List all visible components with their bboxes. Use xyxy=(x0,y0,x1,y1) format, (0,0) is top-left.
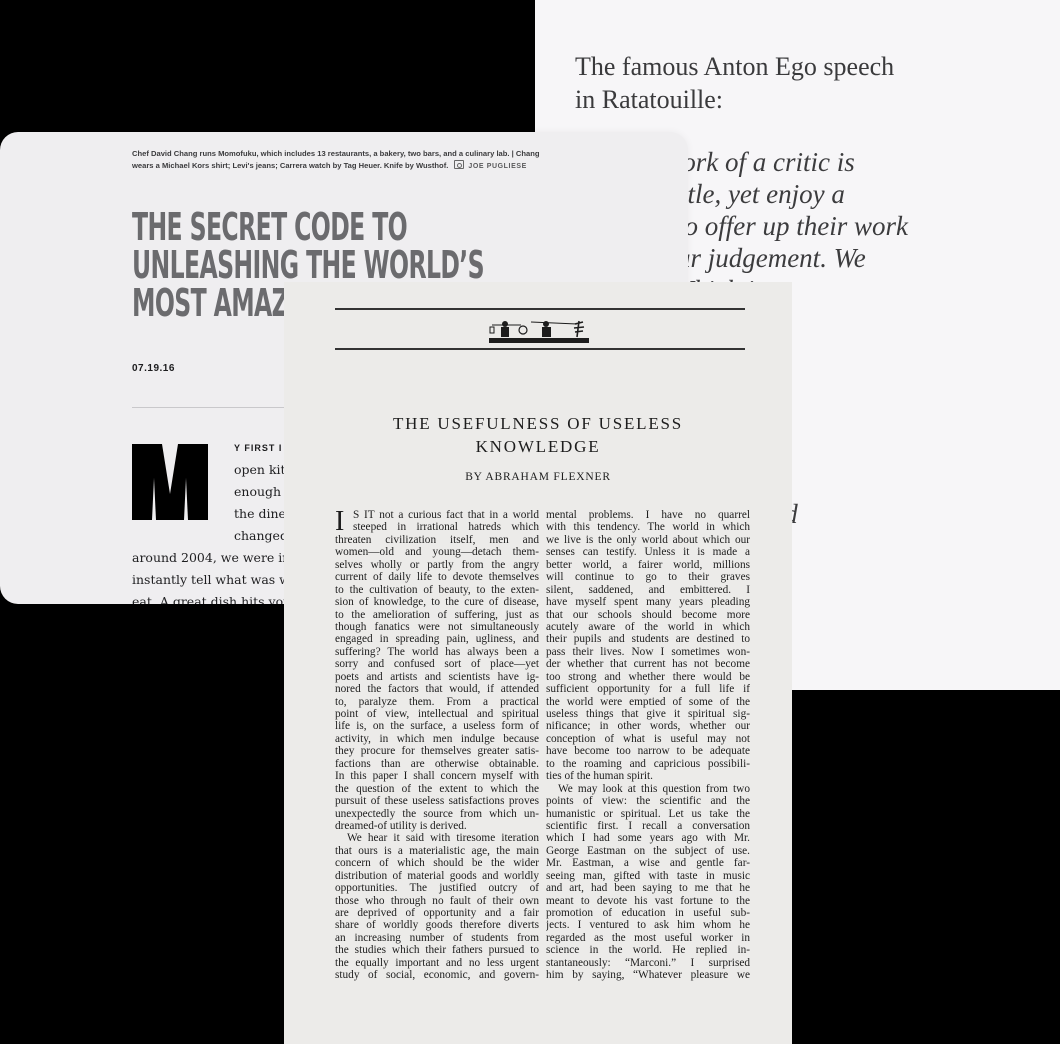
text-line: jects. I ventured to ask him whom he xyxy=(546,919,750,931)
text-line: promotion of education in useful sub- xyxy=(546,907,750,919)
text-line: which I had some years ago with Mr. xyxy=(546,832,750,844)
text-line: pursuit of these useless satisfactions p… xyxy=(335,795,539,807)
text-line: an increasing number of students from xyxy=(335,932,539,944)
text-line: to the roaming and capricious possibili- xyxy=(546,758,750,770)
text-line: science in the world. He replied in- xyxy=(546,944,750,956)
article-date: 07.19.16 xyxy=(132,363,175,374)
article-body-indented: open kit enough r the dine changed xyxy=(234,459,291,547)
text-line: George Eastman on the subject of use. xyxy=(546,845,750,857)
text-line: selves wholly or partly from the angry xyxy=(335,559,539,571)
text-line: the studies which their fathers pursued … xyxy=(335,944,539,956)
text-line: sufficient opportunity for a full life i… xyxy=(546,683,750,695)
text-line: will continue to go to their graves xyxy=(546,571,750,583)
text-line: regarded as the most useful worker in xyxy=(546,932,750,944)
text-line: unexpectedly the source from which un- xyxy=(335,808,539,820)
drop-cap-m xyxy=(132,444,208,520)
camera-icon xyxy=(454,160,464,169)
text-line: with this tendency. The world in which xyxy=(546,521,750,533)
body-line: eat. A great dish hits you xyxy=(132,591,297,604)
text-line: dreamed-of utility is derived. xyxy=(335,820,539,832)
headline-line: THE SECRET CODE TO xyxy=(132,208,392,246)
body-line: instantly tell what was we xyxy=(132,569,297,591)
text-line: we live is the only world about which ou… xyxy=(546,534,750,546)
text-line: stantaneously: “Marconi.” I surprised xyxy=(546,957,750,969)
text-line: him by saying, “Whatever pleasure we xyxy=(546,969,750,981)
text-line: acutely aware of the world in which xyxy=(546,621,750,633)
text-line: activity, in which men indulge because xyxy=(335,733,539,745)
text-line: nored the factors that would, if attende… xyxy=(335,683,539,695)
body-line: the dine xyxy=(234,503,291,525)
text-line: We may look at this question from two xyxy=(546,783,750,795)
text-line: to the amelioration of suffering, just a… xyxy=(335,609,539,621)
lede-small-caps: Y FIRST I xyxy=(234,443,282,453)
text-line: better world, a fairer world, millions xyxy=(546,559,750,571)
body-line: enough r xyxy=(234,481,291,503)
text-line: study of social, economic, and govern- xyxy=(335,969,539,981)
text-line: and art, had been saying to me that he xyxy=(546,882,750,894)
text-line: steeped in irrational hatreds which xyxy=(335,521,539,533)
text-line: concern of which should be the wider xyxy=(335,857,539,869)
text-line: meant to devote his vast fortune to the xyxy=(546,895,750,907)
text-line: current of daily life to devote themselv… xyxy=(335,571,539,583)
text-line: In this paper I shall concern myself wit… xyxy=(335,770,539,782)
body-line: changed xyxy=(234,525,291,547)
text-line: the equally important and no less urgent xyxy=(335,957,539,969)
quote-heading-line: in Ratatouille: xyxy=(575,83,995,116)
left-column: S IT not a curious fact that in a world … xyxy=(335,509,539,982)
text-line: they procure for themselves greater sati… xyxy=(335,745,539,757)
text-line: to the cultivation of beauty, to the ext… xyxy=(335,584,539,596)
text-line: ties of the human spirit. xyxy=(546,770,750,782)
text-line: women—old and young—detach them- xyxy=(335,546,539,558)
text-line: points of view: the scientific and the xyxy=(546,795,750,807)
text-line: engaged in spreading pain, ugliness, and xyxy=(335,633,539,645)
text-line: Mr. Eastman, a wise and gentle far- xyxy=(546,857,750,869)
photo-credit: JOE PUGLIESE xyxy=(468,163,527,170)
text-line: the question of the extent to which the xyxy=(335,783,539,795)
right-column: mental problems. I have no quarrel with … xyxy=(546,509,750,982)
paper-columns: I S IT not a curious fact that in a worl… xyxy=(284,282,792,1044)
text-line: have myself spent many years pleading xyxy=(546,596,750,608)
text-line: share of worldly goods therefore diverts xyxy=(335,919,539,931)
text-line: poets and artists and scientists have ig… xyxy=(335,671,539,683)
quote-heading-line: The famous Anton Ego speech xyxy=(575,50,995,83)
text-line: to, paralyze them. From a practical xyxy=(335,696,539,708)
text-line: their pupils and students are destined t… xyxy=(546,633,750,645)
text-line: conception of what is useful may not xyxy=(546,733,750,745)
text-line: scientific first. I recall a conversatio… xyxy=(546,820,750,832)
text-line: suffering? The world has always been a xyxy=(335,646,539,658)
text-line: der whether that current has not become xyxy=(546,658,750,670)
article-body: around 2004, we were im instantly tell w… xyxy=(132,547,297,604)
text-line: are deprived of opportunity and a fair xyxy=(335,907,539,919)
text-line: factions than are otherwise obtainable. xyxy=(335,758,539,770)
text-line: point of view, intellectual and spiritua… xyxy=(335,708,539,720)
text-line: the world were emptied of some of the xyxy=(546,696,750,708)
body-line: around 2004, we were im xyxy=(132,547,297,569)
text-line: mental problems. I have no quarrel xyxy=(546,509,750,521)
text-line: though fanatics were not simultaneously xyxy=(335,621,539,633)
body-line: open kit xyxy=(234,459,291,481)
text-line: distribution of material goods and world… xyxy=(335,870,539,882)
text-line: We hear it said with tiresome iteration xyxy=(335,832,539,844)
text-line: humanistic or spiritual. Let us take the xyxy=(546,808,750,820)
text-line: sorry and confused sort of place—yet xyxy=(335,658,539,670)
headline-line: UNLEASHING THE WORLD’S xyxy=(132,246,392,284)
text-line: silent, saddened, and embittered. I xyxy=(546,584,750,596)
text-line: pass their lives. Now I sometimes won- xyxy=(546,646,750,658)
text-line: those who through no fault of their own xyxy=(335,895,539,907)
text-line: threaten civilization itself, men and xyxy=(335,534,539,546)
text-line: nificance; in other words, whether our xyxy=(546,720,750,732)
text-line: seeing man, gifted with taste in music xyxy=(546,870,750,882)
text-line: life is, on the surface, a useless form … xyxy=(335,720,539,732)
photo-caption: Chef David Chang runs Momofuku, which in… xyxy=(132,148,552,173)
text-line: sion of knowledge, to the cure of diseas… xyxy=(335,596,539,608)
text-line: have become too narrow to be adequate xyxy=(546,745,750,757)
text-line: that our schools should become more xyxy=(546,609,750,621)
quote-heading: The famous Anton Ego speech in Ratatouil… xyxy=(575,50,995,116)
text-line: opportunities. The justified outcry of xyxy=(335,882,539,894)
text-line: useless things that give it spiritual si… xyxy=(546,708,750,720)
text-line: senses can testify. Unless it is made a xyxy=(546,546,750,558)
text-line: S IT not a curious fact that in a world xyxy=(335,509,539,521)
text-line: that ours is a materialistic age, the ma… xyxy=(335,845,539,857)
text-line: too strong and whether there would be xyxy=(546,671,750,683)
